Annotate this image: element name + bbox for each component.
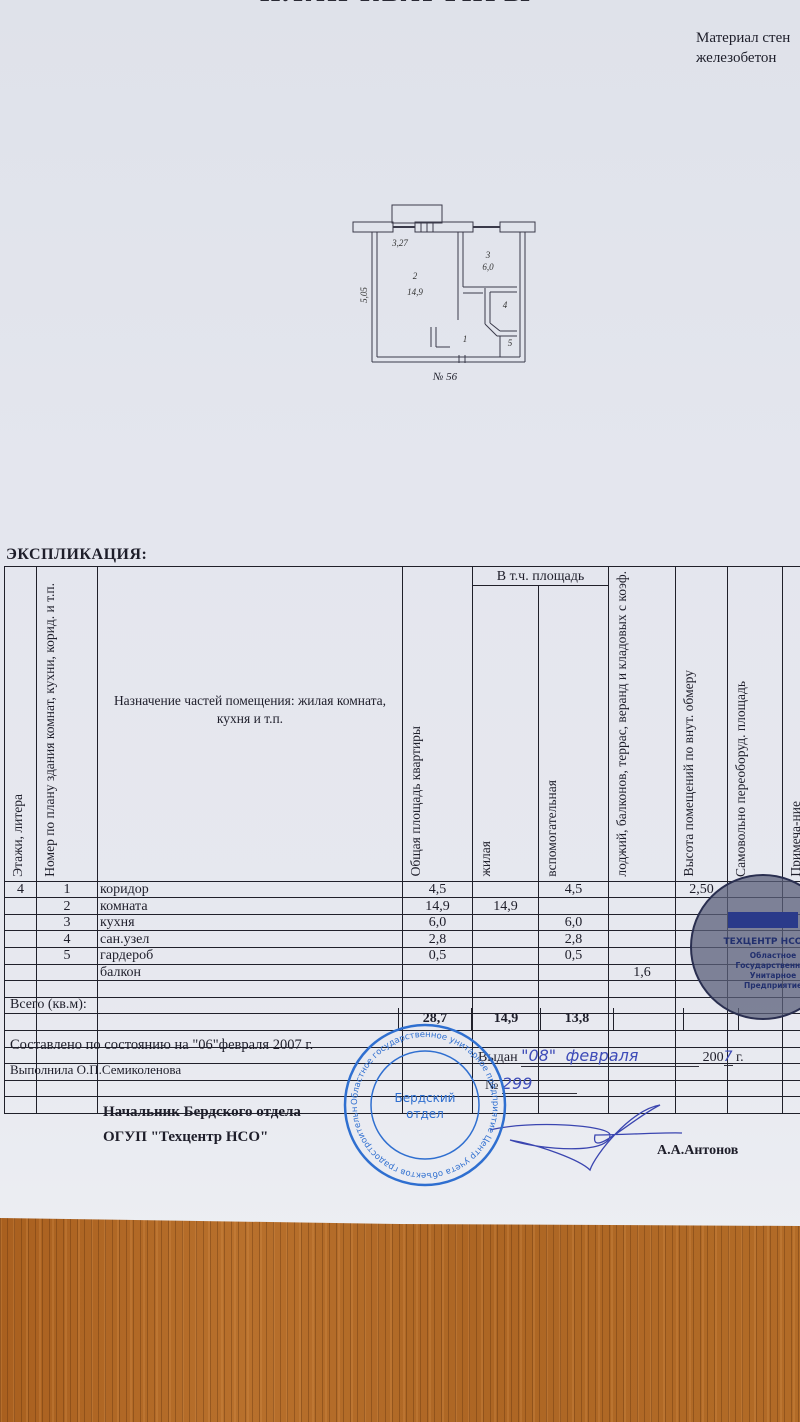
issued-year-prefix: 200: [703, 1050, 724, 1065]
svg-text:Предприятие: Предприятие: [744, 981, 800, 990]
plan-room-4-number: 4: [503, 300, 508, 310]
plan-dimension-width: 3,27: [391, 238, 408, 248]
cell-num: 4: [37, 931, 98, 948]
cell-purpose: балкон: [98, 964, 403, 981]
cell-total: 2,8: [403, 931, 473, 948]
cell-purpose: [98, 997, 403, 1014]
header-notes: Примеча-ние: [783, 567, 800, 882]
stamp-org: ТЕХЦЕНТР НСО: [724, 937, 800, 947]
cell-aux: [539, 964, 609, 981]
plan-dimension-length: 5,05: [359, 287, 369, 303]
cell-aux: 0,5: [539, 948, 609, 965]
cell-num: [37, 1097, 98, 1114]
cell-num: 2: [37, 898, 98, 915]
cell-num: [37, 964, 98, 981]
cell-notes: [783, 1064, 800, 1081]
header-plan-number: Номер по плану здания комнат, кухни, кор…: [37, 567, 98, 882]
cell-aux: 4,5: [539, 881, 609, 898]
cell-floor: [5, 981, 37, 998]
cell-total: 0,5: [403, 948, 473, 965]
plan-room-1-number: 1: [463, 334, 468, 344]
svg-text:Государственное: Государственное: [736, 961, 800, 970]
cell-notes: [783, 1080, 800, 1097]
cell-aux: 2,8: [539, 931, 609, 948]
header-living: жилая: [473, 586, 539, 882]
table-row: 4сан.узел2,82,8: [5, 931, 800, 948]
cell-num: [37, 981, 98, 998]
cell-floor: [5, 898, 37, 915]
cell-living: [473, 981, 539, 998]
cell-loggia: [609, 914, 676, 931]
cell-purpose: сан.узел: [98, 931, 403, 948]
chief-line-1: Начальник Бердского отдела: [103, 1100, 301, 1125]
cell-total: [403, 964, 473, 981]
svg-text:Унитарное: Унитарное: [750, 971, 796, 980]
plan-room-2-area: 14,9: [407, 287, 423, 297]
document-page: ПЛАН КВАРТИРЫ Материал стен железобетон: [0, 0, 800, 1240]
wall-material-label: Материал стен: [696, 28, 790, 48]
cell-total: 4,5: [403, 881, 473, 898]
header-loggias: лоджий, балконов, террас, веранд и кладо…: [609, 567, 676, 882]
cell-loggia: 1,6: [609, 964, 676, 981]
cell-living: [473, 914, 539, 931]
cell-aux: 6,0: [539, 914, 609, 931]
plan-room-3-number: 3: [485, 250, 491, 260]
number-value: 299: [502, 1074, 577, 1094]
table-row: 5гардероб0,50,5: [5, 948, 800, 965]
header-total-area: Общая площадь квартиры: [403, 567, 473, 882]
cell-aux: [539, 981, 609, 998]
header-height: Высота помещений по внут. обмеру: [676, 567, 728, 882]
cell-floor: 4: [5, 881, 37, 898]
cell-loggia: [609, 898, 676, 915]
cell-notes: [783, 1097, 800, 1114]
cell-loggia: [609, 1030, 676, 1047]
floor-plan-drawing: 3,27 2 14,9 3 6,0 4 1 5 5,05: [345, 200, 540, 390]
cell-num: 5: [37, 948, 98, 965]
table-row: 41коридор4,54,52,50: [5, 881, 800, 898]
cell-notes: [783, 1047, 800, 1064]
cell-floor: [5, 1097, 37, 1114]
issued-date-field: "08" февраля: [521, 1046, 699, 1067]
stamp-center-line-2: отдел: [406, 1107, 444, 1121]
wooden-table-surface: [0, 1210, 800, 1422]
cell-purpose: гардероб: [98, 948, 403, 965]
document-title-cropped: ПЛАН КВАРТИРЫ: [260, 0, 533, 8]
header-unauthorized: Самовольно переоборуд. площадь: [728, 567, 783, 882]
cell-num: [37, 1014, 98, 1031]
cell-unauth: [728, 1030, 783, 1047]
cell-num: 1: [37, 881, 98, 898]
cell-loggia: [609, 881, 676, 898]
explication-title: ЭКСПЛИКАЦИЯ:: [6, 546, 147, 564]
wall-material: Материал стен железобетон: [696, 28, 790, 68]
cell-purpose: [98, 981, 403, 998]
issued-year-suffix: 7: [724, 1049, 733, 1066]
cell-floor: [5, 1014, 37, 1031]
issued-year-end: г.: [736, 1050, 744, 1065]
apartment-number: № 56: [433, 371, 457, 383]
svg-text:Областное: Областное: [750, 951, 796, 960]
cell-living: [473, 948, 539, 965]
totals-label: Всего (кв.м):: [10, 997, 87, 1013]
cell-floor: [5, 948, 37, 965]
cell-loggia: [609, 931, 676, 948]
cell-purpose: кухня: [98, 914, 403, 931]
issued-day: "08": [521, 1046, 556, 1065]
cell-living: 14,9: [473, 898, 539, 915]
cell-floor: [5, 1080, 37, 1097]
cell-unauth: [728, 1080, 783, 1097]
loggia-area-sum: [614, 1008, 684, 1031]
header-incl-area: В т.ч. площадь: [473, 567, 609, 586]
cell-num: [37, 1080, 98, 1097]
performed-by: Выполнила О.П.Семиколенова: [10, 1062, 181, 1078]
table-row: [5, 981, 800, 998]
cell-loggia: [609, 1080, 676, 1097]
cell-floor: [5, 931, 37, 948]
cell-aux: [539, 1030, 609, 1047]
cell-notes: [783, 1030, 800, 1047]
cell-height: [676, 1030, 728, 1047]
chief-block: Начальник Бердского отдела ОГУП "Техцент…: [103, 1100, 301, 1150]
header-floor: Этажи, литера: [5, 567, 37, 882]
blue-round-stamp: Областное государственное унитарное пред…: [342, 1022, 508, 1188]
cell-loggia: [609, 948, 676, 965]
table-row: 2комната14,914,9: [5, 898, 800, 915]
cell-aux: [539, 898, 609, 915]
cell-total: 14,9: [403, 898, 473, 915]
cell-total: 6,0: [403, 914, 473, 931]
chief-line-2: ОГУП "Техцентр НСО": [103, 1125, 301, 1150]
header-purpose: Назначение частей помещения: жилая комна…: [98, 567, 403, 882]
cell-purpose: коридор: [98, 881, 403, 898]
cell-num: 3: [37, 914, 98, 931]
table-row: 3кухня6,06,0: [5, 914, 800, 931]
cell-living: [473, 964, 539, 981]
cell-floor: [5, 914, 37, 931]
issued-line: Выдан "08" февраля 2007 г.: [478, 1046, 744, 1067]
cell-loggia: [609, 981, 676, 998]
compiled-as-of: Составлено по состоянию на "06"февраля 2…: [10, 1037, 313, 1054]
cell-purpose: комната: [98, 898, 403, 915]
plan-room-2-number: 2: [413, 271, 418, 281]
cell-height: [676, 1080, 728, 1097]
plan-room-5-number: 5: [508, 338, 513, 348]
header-auxiliary: вспомогательная: [539, 586, 609, 882]
dark-round-stamp: ТЕХЦЕНТР НСО Областное Государственное У…: [688, 872, 800, 1022]
issued-month: февраля: [566, 1046, 639, 1065]
table-row: балкон1,6: [5, 964, 800, 981]
aux-area-sum: 13,8: [541, 1008, 614, 1031]
cell-floor: [5, 964, 37, 981]
cell-unauth: [728, 1097, 783, 1114]
plan-room-3-area: 6,0: [482, 262, 494, 272]
stamp-center-line-1: Бердский: [395, 1091, 456, 1105]
wall-material-value: железобетон: [696, 48, 790, 68]
cell-total: [403, 981, 473, 998]
cell-living: [473, 881, 539, 898]
cell-living: [473, 931, 539, 948]
